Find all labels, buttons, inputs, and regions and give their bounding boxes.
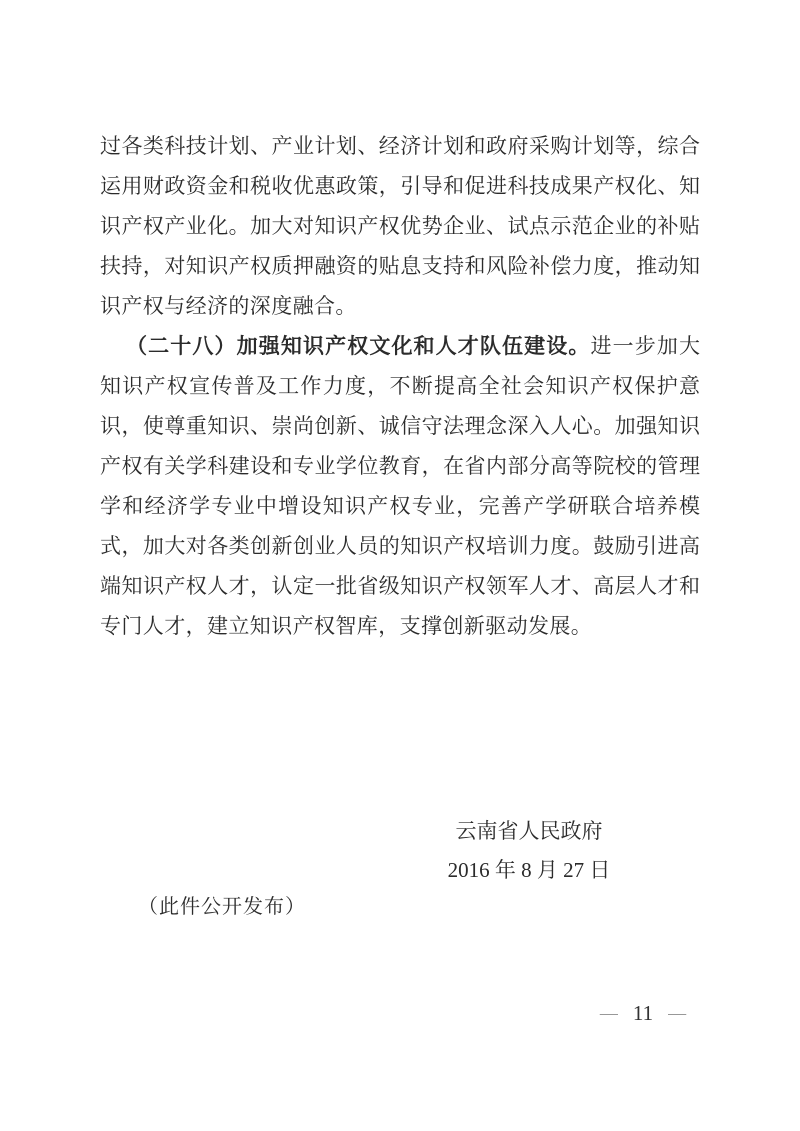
document-page: 过各类科技计划、产业计划、经济计划和政府采购计划等，综合运用财政资金和税收优惠政… bbox=[0, 0, 800, 1131]
page-number: 11 bbox=[633, 1000, 653, 1026]
footer-left-dash: — bbox=[600, 1000, 618, 1026]
text-line: 端知识产权人才，认定一批省级知识产权领军人才、高层人才和 bbox=[100, 566, 700, 606]
text-line: 产权有关学科建设和专业学位教育，在省内部分高等院校的管理 bbox=[100, 446, 700, 486]
text-line: 专门人才，建立知识产权智库，支撑创新驱动发展。 bbox=[100, 606, 700, 646]
text-segment: 专门人才，建立知识产权智库，支撑创新驱动发展。 bbox=[100, 614, 592, 638]
text-segment: 过各类科技计划、产业计划、经济计划和政府采购计划等，综合 bbox=[100, 134, 700, 158]
text-segment: 识产权与经济的深度融合。 bbox=[100, 294, 357, 318]
text-line: （二十八）加强知识产权文化和人才队伍建设。进一步加大 bbox=[100, 326, 700, 366]
publish-note: （此件公开发布） bbox=[100, 888, 306, 926]
text-segment: 扶持，对知识产权质押融资的贴息支持和风险补偿力度，推动知 bbox=[100, 254, 700, 278]
document-body: 过各类科技计划、产业计划、经济计划和政府采购计划等，综合运用财政资金和税收优惠政… bbox=[100, 126, 700, 646]
signature-issuer: 云南省人民政府 bbox=[358, 812, 700, 851]
text-line: 识，使尊重知识、崇尚创新、诚信守法理念深入人心。加强知识 bbox=[100, 406, 700, 446]
text-line: 学和经济学专业中增设知识产权专业，完善产学研联合培养模 bbox=[100, 486, 700, 526]
text-segment: 式，加大对各类创新创业人员的知识产权培训力度。鼓励引进高 bbox=[100, 534, 700, 558]
text-line: 运用财政资金和税收优惠政策，引导和促进科技成果产权化、知 bbox=[100, 166, 700, 206]
paragraph-continuation: 过各类科技计划、产业计划、经济计划和政府采购计划等，综合运用财政资金和税收优惠政… bbox=[100, 126, 700, 326]
page-footer: — 11 — bbox=[553, 1000, 733, 1026]
paragraph-section-28: （二十八）加强知识产权文化和人才队伍建设。进一步加大知识产权宣传普及工作力度，不… bbox=[100, 326, 700, 646]
text-line: 式，加大对各类创新创业人员的知识产权培训力度。鼓励引进高 bbox=[100, 526, 700, 566]
text-line: 识产权产业化。加大对知识产权优势企业、试点示范企业的补贴 bbox=[100, 206, 700, 246]
text-line: 扶持，对知识产权质押融资的贴息支持和风险补偿力度，推动知 bbox=[100, 246, 700, 286]
text-segment: 端知识产权人才，认定一批省级知识产权领军人才、高层人才和 bbox=[100, 574, 700, 598]
text-segment: 识产权产业化。加大对知识产权优势企业、试点示范企业的补贴 bbox=[100, 214, 700, 238]
signature-block: 云南省人民政府 2016 年 8 月 27 日 bbox=[358, 812, 700, 890]
footer-right-dash: — bbox=[668, 1000, 686, 1026]
text-segment: 运用财政资金和税收优惠政策，引导和促进科技成果产权化、知 bbox=[100, 174, 700, 198]
signature-date: 2016 年 8 月 27 日 bbox=[358, 851, 700, 890]
text-segment: 产权有关学科建设和专业学位教育，在省内部分高等院校的管理 bbox=[100, 454, 700, 478]
text-segment-bold: （二十八）加强知识产权文化和人才队伍建设。 bbox=[126, 334, 591, 358]
text-segment: 学和经济学专业中增设知识产权专业，完善产学研联合培养模 bbox=[100, 494, 700, 518]
text-segment: 进一步加大 bbox=[591, 334, 700, 358]
text-line: 过各类科技计划、产业计划、经济计划和政府采购计划等，综合 bbox=[100, 126, 700, 166]
text-line: 识产权与经济的深度融合。 bbox=[100, 286, 700, 326]
text-line: 知识产权宣传普及工作力度，不断提高全社会知识产权保护意 bbox=[100, 366, 700, 406]
text-segment: 知识产权宣传普及工作力度，不断提高全社会知识产权保护意 bbox=[100, 374, 700, 398]
text-segment: 识，使尊重知识、崇尚创新、诚信守法理念深入人心。加强知识 bbox=[100, 414, 700, 438]
